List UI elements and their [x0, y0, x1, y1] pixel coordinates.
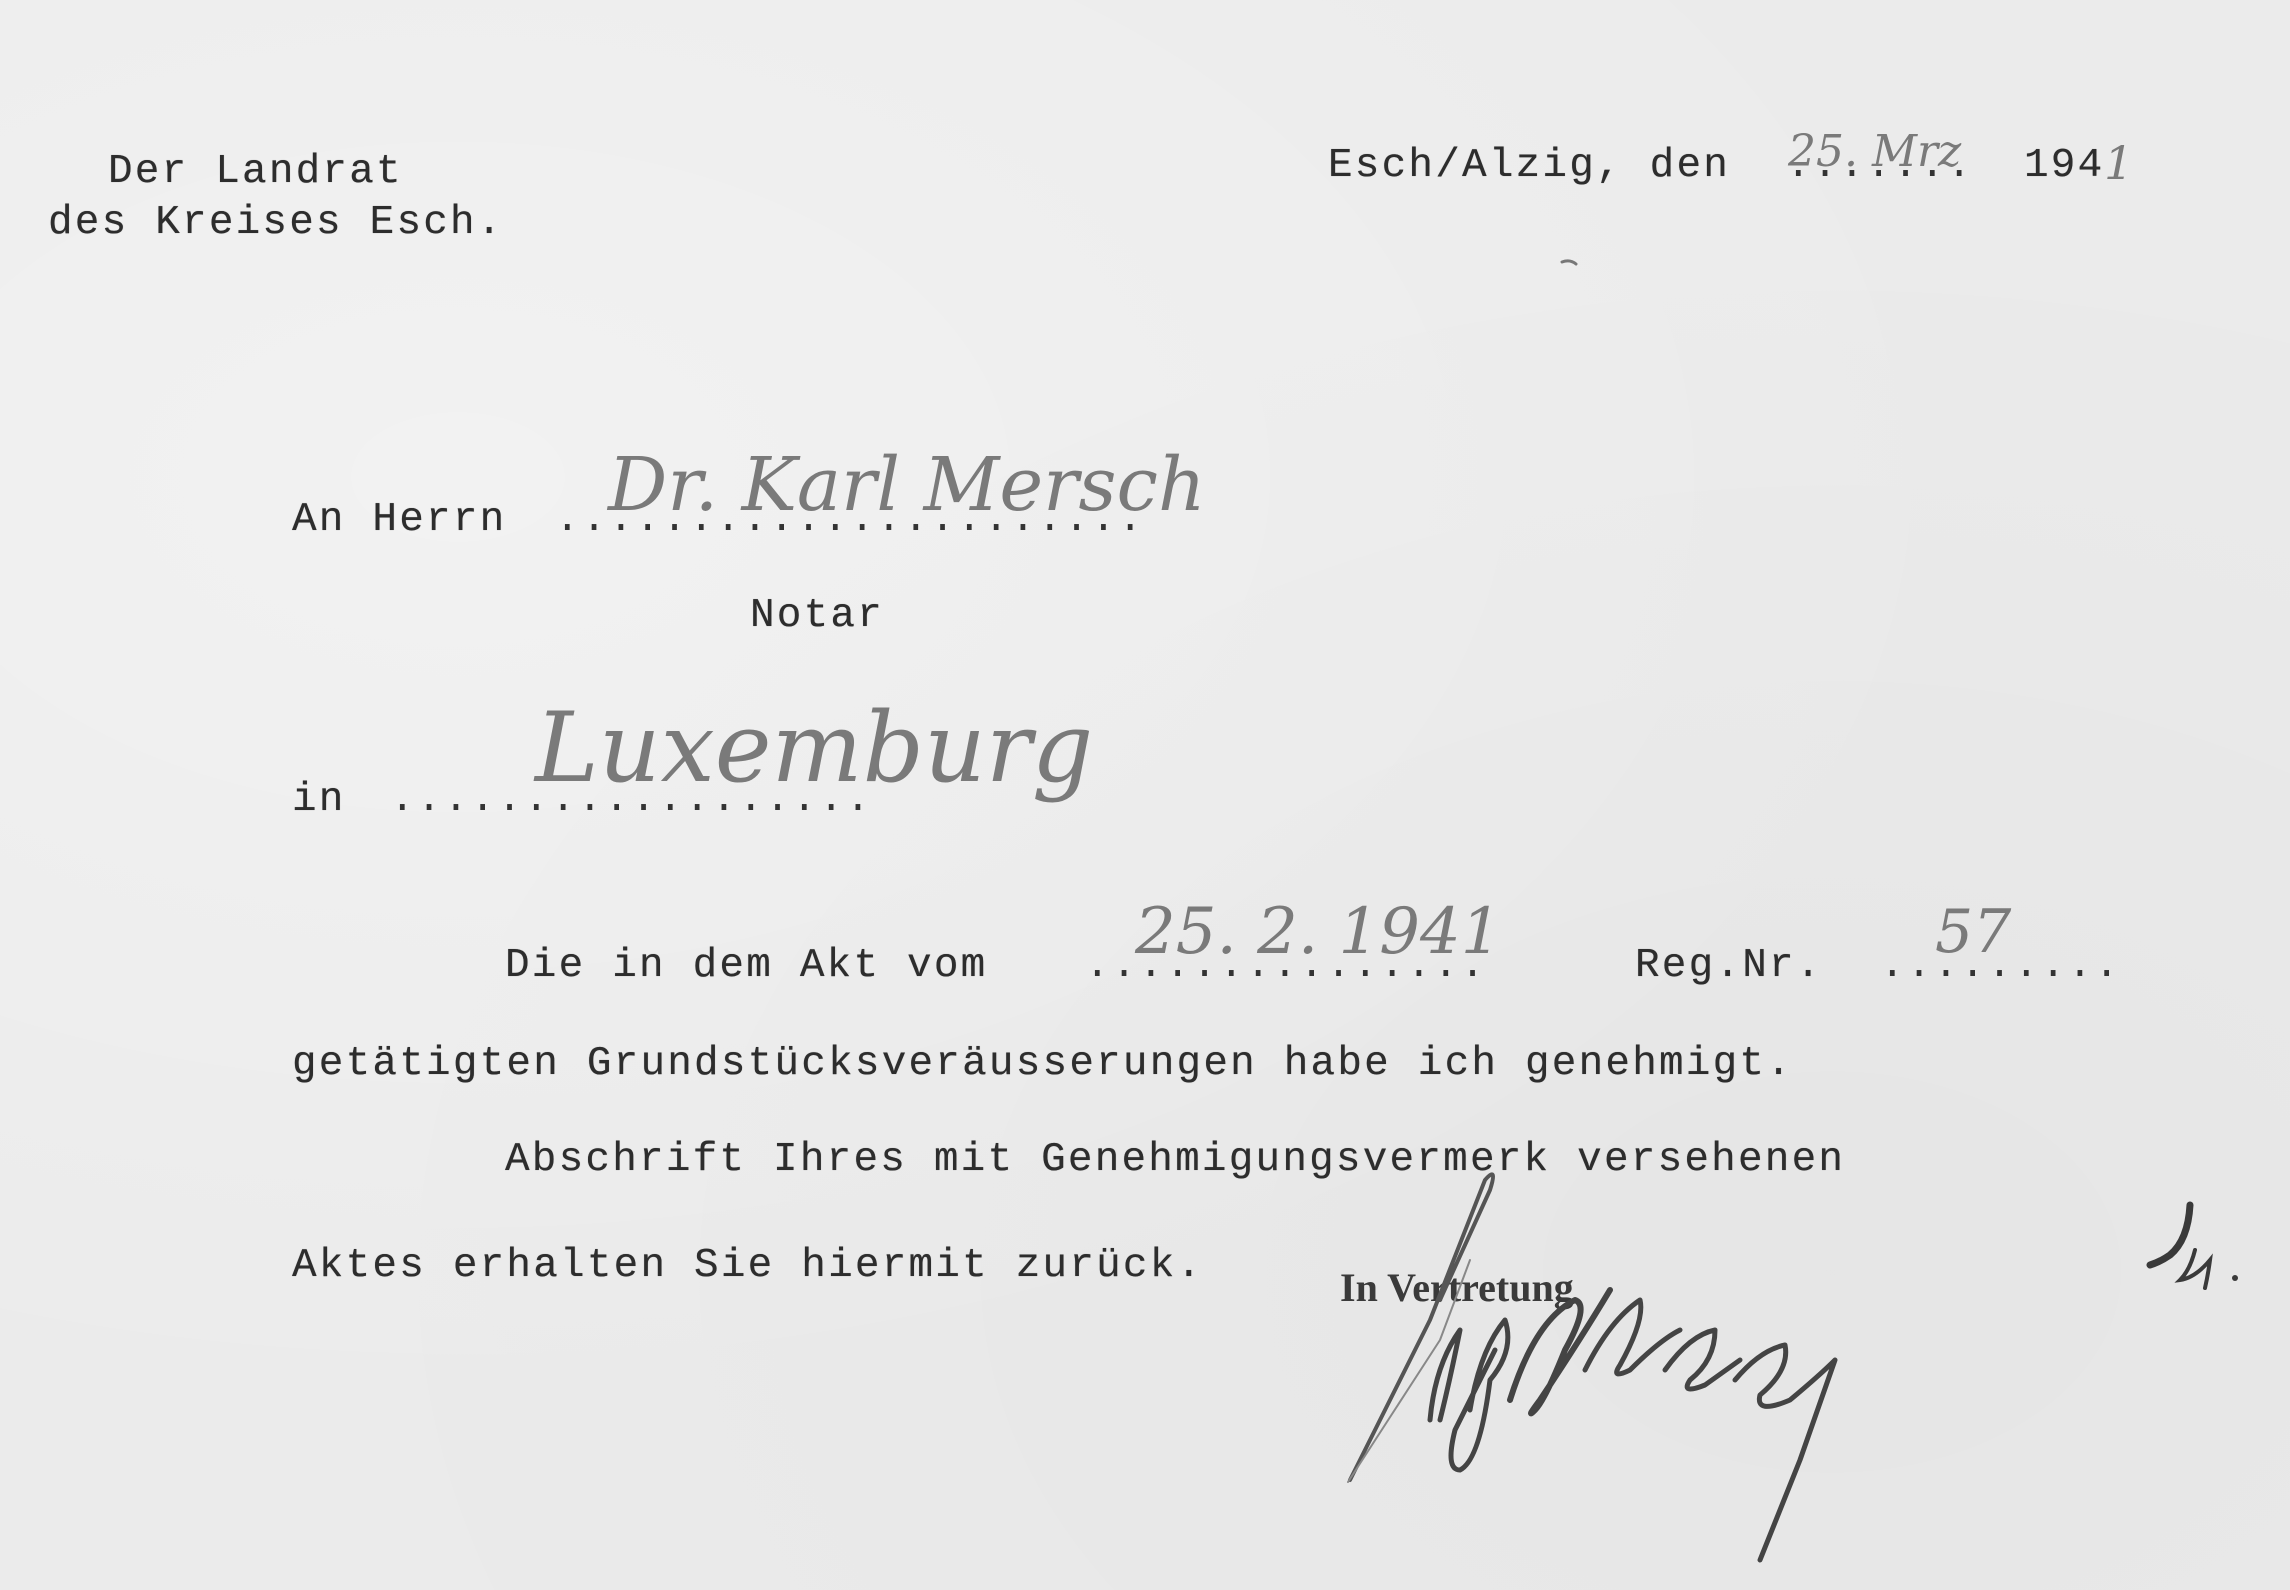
stray-pen-mark — [1560, 258, 1590, 270]
dateline-year: 194 — [2024, 146, 2104, 187]
signature-icon — [1320, 1170, 1920, 1590]
recipient-label: An Herrn — [292, 500, 506, 541]
location-handwritten: Luxemburg — [535, 700, 1093, 796]
dateline-handwritten-date: 25. Mrz — [1788, 130, 1961, 174]
dateline-place: Esch/Alzig, den — [1328, 146, 1730, 187]
body-line-2: getätigten Grundstücksveräusserungen hab… — [292, 1044, 1793, 1085]
recipient-title: Notar — [750, 596, 884, 637]
body-line-4: Aktes erhalten Sie hiermit zurück. — [292, 1246, 1203, 1287]
letterhead-line-2: des Kreises Esch. — [48, 203, 504, 244]
reg-label: Reg.Nr. — [1635, 946, 1823, 987]
reg-number-handwritten: 57 — [1935, 902, 2011, 962]
location-label: in — [292, 780, 346, 821]
act-date-handwritten: 25. 2. 1941 — [1135, 900, 1501, 964]
dateline-year-digit-handwritten: 1 — [2104, 140, 2133, 186]
initials-mark-icon — [2150, 1200, 2290, 1300]
body-line-1-prefix: Die in dem Akt vom — [505, 946, 987, 987]
letterhead-line-1: Der Landrat — [108, 152, 403, 193]
recipient-name-handwritten: Dr. Karl Mersch — [608, 448, 1206, 522]
